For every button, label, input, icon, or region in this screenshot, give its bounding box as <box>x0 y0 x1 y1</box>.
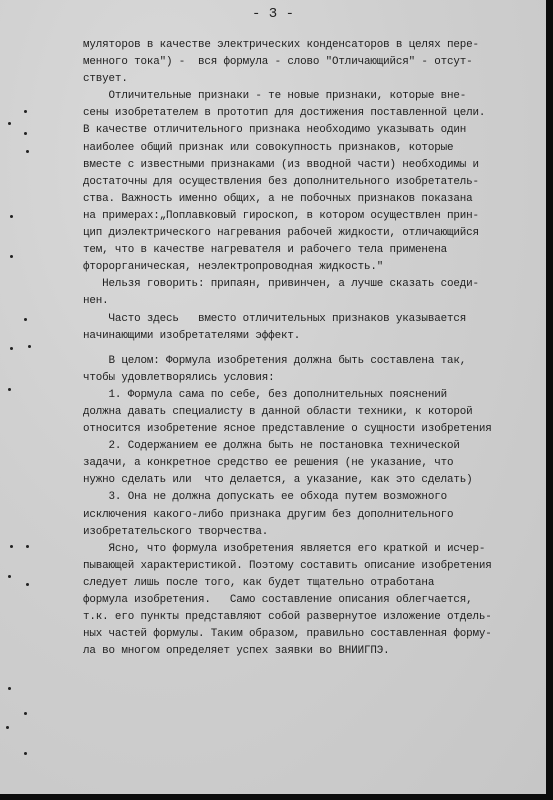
text-line: относится изобретение ясное представлени… <box>83 421 546 438</box>
text-line: менного тока") - вся формула - слово "От… <box>83 54 546 71</box>
text-line: Ясно, что формула изобретения является е… <box>83 541 546 558</box>
text-line: муляторов в качестве электрических конде… <box>83 37 546 54</box>
text-line: 1. Формула сама по себе, без дополнитель… <box>83 387 546 404</box>
text-line: следует лишь после того, как будет тщате… <box>83 575 546 592</box>
punch-hole-mark <box>24 752 27 755</box>
text-line: достаточны для осуществления без дополни… <box>83 174 546 191</box>
text-line: изобретательского творчества. <box>83 524 546 541</box>
document-page: - 3 - муляторов в качестве электрических… <box>0 0 546 794</box>
punch-hole-mark <box>10 545 13 548</box>
scan-border-right <box>546 0 553 800</box>
punch-hole-mark <box>24 110 27 113</box>
text-line: чтобы удовлетворялись условия: <box>83 370 546 387</box>
text-line: ных частей формулы. Таким образом, прави… <box>83 626 546 643</box>
punch-hole-mark <box>28 345 31 348</box>
page-number: - 3 - <box>0 6 546 22</box>
punch-hole-mark <box>10 347 13 350</box>
punch-hole-mark <box>24 712 27 715</box>
text-line <box>83 345 546 353</box>
punch-hole-mark <box>8 575 11 578</box>
text-line: начинающими изобретателями эффект. <box>83 328 546 345</box>
text-line: тем, что в качестве нагревателя и рабоче… <box>83 242 546 259</box>
text-line: сены изобретателем в прототип для достиж… <box>83 105 546 122</box>
text-line: ла во многом определяет успех заявки во … <box>83 643 546 660</box>
text-line: вместе с известными признаками (из вводн… <box>83 157 546 174</box>
text-line: Отличительные признаки - те новые призна… <box>83 88 546 105</box>
punch-hole-mark <box>8 687 11 690</box>
punch-hole-mark <box>6 726 9 729</box>
text-line: В целом: Формула изобретения должна быть… <box>83 353 546 370</box>
text-line: формула изобретения. Само составление оп… <box>83 592 546 609</box>
text-line: т.к. его пункты представляют собой разве… <box>83 609 546 626</box>
text-line: на примерах:„Поплавковый гироскоп, в кот… <box>83 208 546 225</box>
text-line: В качестве отличительного признака необх… <box>83 122 546 139</box>
scan-border-bottom <box>0 794 553 800</box>
punch-hole-mark <box>8 388 11 391</box>
text-line: исключения какого-либо признака другим б… <box>83 507 546 524</box>
text-line: нужно сделать или что делается, а указан… <box>83 472 546 489</box>
text-line: ства. Важность именно общих, а не побочн… <box>83 191 546 208</box>
text-line: нен. <box>83 293 546 310</box>
text-line: 3. Она не должна допускать ее обхода пут… <box>83 489 546 506</box>
text-line: Нельзя говорить: припаян, привинчен, а л… <box>83 276 546 293</box>
punch-hole-mark <box>24 132 27 135</box>
punch-hole-mark <box>24 318 27 321</box>
text-line: ствует. <box>83 71 546 88</box>
text-line: цип диэлектрического нагревания рабочей … <box>83 225 546 242</box>
text-line: пывающей характеристикой. Поэтому состав… <box>83 558 546 575</box>
text-line: 2. Содержанием ее должна быть не постано… <box>83 438 546 455</box>
text-line: фторорганическая, неэлектропроводная жид… <box>83 259 546 276</box>
text-line: наиболее общий признак или совокупность … <box>83 140 546 157</box>
text-line: задачи, а конкретное средство ее решения… <box>83 455 546 472</box>
punch-hole-mark <box>26 150 29 153</box>
text-line: Часто здесь вместо отличительных признак… <box>83 311 546 328</box>
punch-hole-mark <box>10 255 13 258</box>
punch-hole-mark <box>10 215 13 218</box>
punch-hole-mark <box>26 583 29 586</box>
text-line: должна давать специалисту в данной облас… <box>83 404 546 421</box>
punch-hole-mark <box>26 545 29 548</box>
body-text: муляторов в качестве электрических конде… <box>83 37 546 660</box>
punch-hole-mark <box>8 122 11 125</box>
